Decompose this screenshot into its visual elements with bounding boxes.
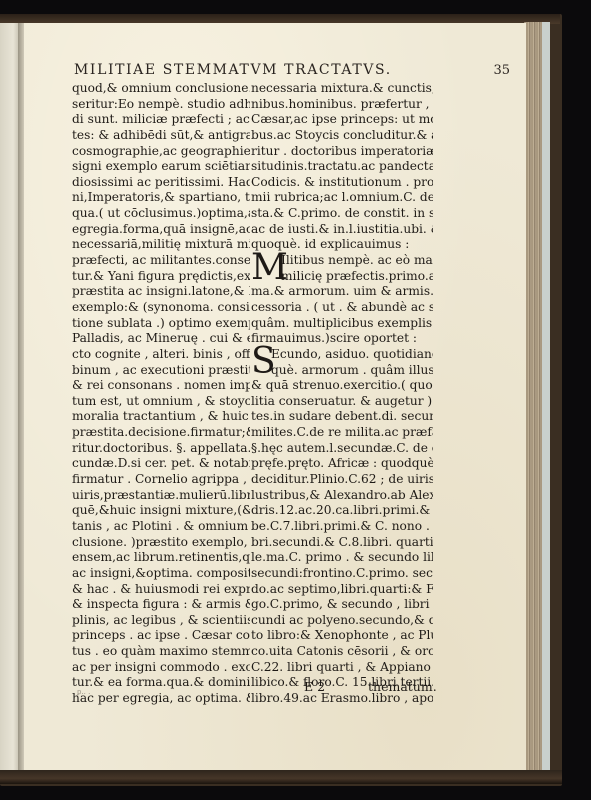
text-line: & quā strenuo.exercitio.( quo mi (251, 378, 433, 394)
text-line: tus . eo quàm maximo stemmate, (72, 644, 250, 660)
text-line: signi exemplo earum sciētiarū stu (72, 159, 250, 175)
text-line: mii rubrica;ac l.omnium.C. de re (251, 190, 433, 206)
text-line: quod,& omnium conclusione. as (72, 81, 250, 97)
text-line: tur.& Yani figura prędictis,exēplis (72, 269, 250, 285)
text-line: seritur:Eo nempè. studio adhiben (72, 97, 250, 113)
running-header: MILITIAE STEMMATVM TRACTATVS. 35 (74, 62, 514, 80)
text-line: & hac . & huiusmodi rei expressa, (72, 582, 250, 598)
text-line: diosissimi ac peritissimi. Hadria (72, 175, 250, 191)
text-line: binum , ac executioni præstitum, (72, 363, 250, 379)
marginal-smudge: ꝑ.. . (77, 688, 90, 696)
text-line: què. armorum . quâm illustri. (251, 363, 433, 379)
text-line: ac per insigni commodo . exorna (72, 660, 250, 676)
drop-capital: M (251, 253, 288, 283)
page-block-highlight (542, 22, 550, 770)
text-line: deciditur.Plinio.C.62 ; de uiris il (251, 472, 433, 488)
text-line: milites.C.de re milita.ac præfato. (251, 425, 433, 441)
text-line: princeps . ac ipse . Cæsar condona (72, 628, 250, 644)
text-line: Ecundo, asiduo. quotidiano (251, 347, 433, 363)
text-line: exemplo:& (synonoma. considera (72, 300, 250, 316)
text-line: lustribus,& Alexandro.ab Alexan (251, 488, 433, 504)
running-head-title: MILITIAE STEMMATVM TRACTATVS. (74, 62, 392, 78)
text-line: ni,Imperatoris,& spartiano, teste: (72, 190, 250, 206)
text-line: qua.( ut cōclusimus.)optima,ac p (72, 206, 250, 222)
catchword: thematum. (368, 679, 437, 694)
text-line: le.ma.C. primo . & secundo lib ri. (251, 550, 433, 566)
text-line: uiris,præstantiæ.mulierū.libro:at (72, 488, 250, 504)
text-line: tione sublata .) optimo exemplo, (72, 316, 250, 332)
paragraph-with-dropcap: SEcundo, asiduo. quotidianoquè. armorum … (251, 347, 433, 707)
text-line: be.C.7.libri.primi.& C. nono . li (251, 519, 433, 535)
text-line: ritur.doctoribus. §. appellata. l.se (72, 441, 250, 457)
text-line: egregia.forma,quā insignē,ac per (72, 222, 250, 238)
folio-number: 35 (493, 63, 510, 78)
text-line: ac insigni,&optima. composita re (72, 566, 250, 582)
text-line: necessaria mixtura.& cunctis,om (251, 81, 433, 97)
text-line: C.22. libri quarti , & Appiano . in (251, 660, 433, 676)
text-line: tum est, ut omnium , & stoyca , ac (72, 394, 250, 410)
right-text-column: necessaria mixtura.& cunctis,omnibus.hom… (251, 81, 433, 707)
text-line: firmauimus.)scire oportet : (251, 331, 433, 347)
text-line: hac per egregia, ac optima. & quā (72, 691, 250, 707)
left-text-column: quod,& omnium conclusione. asseritur:Eo … (72, 81, 250, 707)
text-line: bus.ac Stoycis concluditur.& asse (251, 128, 433, 144)
text-line: tes: & adhibēdi sūt,& antigraphie, (72, 128, 250, 144)
text-line: cessoria . ( ut . & abundè ac suis , & (251, 300, 433, 316)
text-line: secundi:frontino.C.primo. secun (251, 566, 433, 582)
text-line: pręfe.pręto. Africæ : quodquè , & (251, 456, 433, 472)
text-line: & inspecta figura : & armis & disci (72, 597, 250, 613)
text-line: & rei consonans . nomen imposi (72, 378, 250, 394)
text-line: necessariā,militię mixturā milicię (72, 237, 250, 253)
text-line: ritur . doctoribus imperatoriæ cel (251, 144, 433, 160)
text-line: di sunt. miliciæ præfecti ; ac mili (72, 112, 250, 128)
book-bottom-edge (0, 770, 562, 784)
text-line: co.uita Catonis cēsorii , & orosio. (251, 644, 433, 660)
text-line: ensem,ac librum.retinentis,quib. (72, 550, 250, 566)
text-line: tur.& ea forma.qua.& dominio,& (72, 675, 250, 691)
text-line: Codicis. & institutionum . prohe (251, 175, 433, 191)
text-line: clusione. )præstito exemplo, astreę (72, 535, 250, 551)
text-line: ac de iusti.& in.l.iustitia.ubi. & nos (251, 222, 433, 238)
text-line: go.C.primo, & secundo , libri . se (251, 597, 433, 613)
text-line: cosmographie,ac geographie,&in (72, 144, 250, 160)
text-line: situdinis.tractatu.ac pandectarum (251, 159, 433, 175)
text-line: cundi ac polyeno.secundo,& quar (251, 613, 433, 629)
text-line: nibus.hominibus. præfertur , ipse (251, 97, 433, 113)
text-line: quâm. multiplicibus exemplis.su (251, 316, 433, 332)
text-line: bri.secundi.& C.8.libri. quarti. ua (251, 535, 433, 551)
signature-mark: E 2 (304, 679, 325, 694)
text-line: cto cognite , alteri. binis , officiis, (72, 347, 250, 363)
drop-capital: S (251, 347, 276, 377)
text-line: præstita ac insigni.latone,& Dianę (72, 284, 250, 300)
text-line: sta.& C.primo. de constit. in sexto. (251, 206, 433, 222)
text-line: litia conseruatur. & augetur ) mili (251, 394, 433, 410)
text-line: tanis , ac Plotini . & omnium con (72, 519, 250, 535)
text-line: præstita.decisione.firmatur;& asse (72, 425, 250, 441)
text-line: moralia tractantium , & huic rei. (72, 409, 250, 425)
text-line: §.hęc autem.l.secundæ.C. de offic. (251, 441, 433, 457)
text-line: do.ac septimo,libri.quarti:& Ful (251, 582, 433, 598)
text-line: dris.12.ac.20.ca.libri.primi.& Sa (251, 503, 433, 519)
text-line: Palladis, ac Mineruę . cui & eo pa (72, 331, 250, 347)
text-line: firmatur . Cornelio agrippa , ipsis (72, 472, 250, 488)
text-line: plinis, ac legibus , & scientiis , ipse (72, 613, 250, 629)
text-line: tes.in sudare debent.di. secunda.l. (251, 409, 433, 425)
text-line: Cæsar,ac ipse princeps: ut morali (251, 112, 433, 128)
text-line: præfecti, ac militantes.consequun (72, 253, 250, 269)
text-line: quē,&huic insigni mixture,(& Pla (72, 503, 250, 519)
text-line: cundæ.D.si cer. pet. & notabiliter. (72, 456, 250, 472)
text-line: to libro:& Xenophonte , ac Plutar (251, 628, 433, 644)
paragraph-with-dropcap: MIlitibus nempè. ac eò magismilicię præf… (251, 253, 433, 347)
book-gutter (18, 23, 24, 770)
